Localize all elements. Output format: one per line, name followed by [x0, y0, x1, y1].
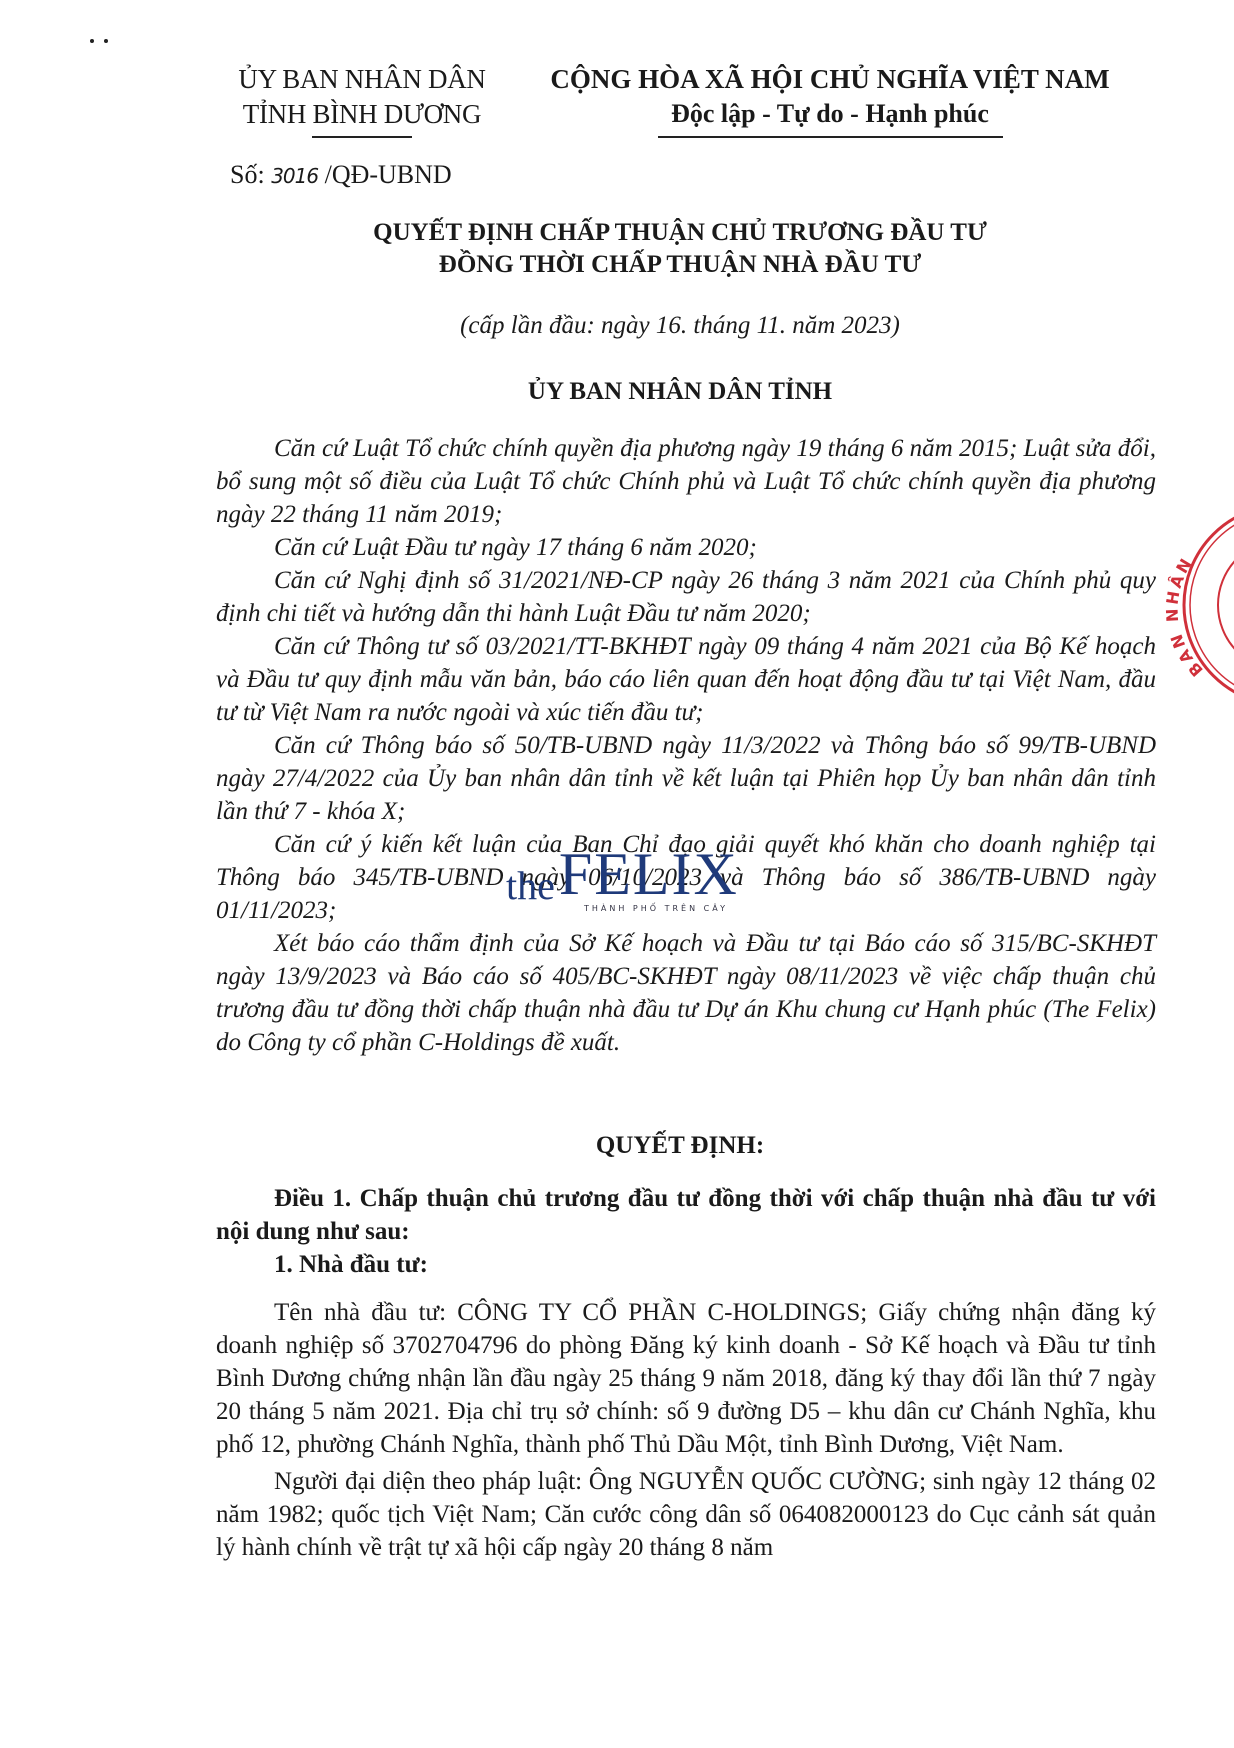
- authority-line1: ỦY BAN NHÂN DÂN: [212, 62, 512, 97]
- representative-paragraph: Người đại diện theo pháp luật: Ông NGUYỄ…: [216, 1465, 1156, 1564]
- article-1: Điều 1. Chấp thuận chủ trương đầu tư đồn…: [216, 1182, 1156, 1281]
- investor-details: Tên nhà đầu tư: CÔNG TY CỔ PHẦN C-HOLDIN…: [216, 1296, 1156, 1564]
- issue-date: (cấp lần đầu: ngày 16. tháng 11. năm 202…: [200, 312, 1160, 340]
- number-prefix: Số:: [230, 160, 265, 189]
- preamble: Căn cứ Luật Tổ chức chính quyền địa phươ…: [216, 432, 1156, 1059]
- authority-underline: [312, 136, 412, 138]
- number-handwritten: 3016: [271, 164, 318, 188]
- document-title-line2: ĐỒNG THỜI CHẤP THUẬN NHÀ ĐẦU TƯ: [200, 248, 1160, 281]
- watermark-word-the: the: [506, 863, 555, 908]
- investor-paragraph: Tên nhà đầu tư: CÔNG TY CỔ PHẦN C-HOLDIN…: [216, 1296, 1156, 1461]
- preamble-item: Căn cứ Nghị định số 31/2021/NĐ-CP ngày 2…: [216, 564, 1156, 630]
- country-name: CỘNG HÒA XÃ HỘI CHỦ NGHĨA VIỆT NAM: [530, 62, 1130, 97]
- authority-line2: TỈNH BÌNH DƯƠNG: [212, 97, 512, 132]
- scan-specks: [90, 30, 118, 48]
- preamble-item: Căn cứ Thông tư số 03/2021/TT-BKHĐT ngày…: [216, 630, 1156, 729]
- preamble-item: Căn cứ Luật Đầu tư ngày 17 tháng 6 năm 2…: [216, 531, 1156, 564]
- document-number: Số: 3016 /QĐ-UBND: [230, 160, 452, 190]
- motto: Độc lập - Tự do - Hạnh phúc: [530, 97, 1130, 131]
- issuer-heading: ỦY BAN NHÂN DÂN TỈNH: [200, 378, 1160, 406]
- document-title-line1: QUYẾT ĐỊNH CHẤP THUẬN CHỦ TRƯƠNG ĐẦU TƯ: [200, 216, 1160, 249]
- issuing-authority: ỦY BAN NHÂN DÂN TỈNH BÌNH DƯƠNG: [212, 62, 512, 138]
- felix-watermark: the FELIX THÀNH PHỐ TRÊN CÂY: [506, 840, 739, 909]
- watermark-word-felix: FELIX: [559, 841, 739, 907]
- decision-heading: QUYẾT ĐỊNH:: [200, 1132, 1160, 1160]
- preamble-item: Căn cứ Thông báo số 50/TB-UBND ngày 11/3…: [216, 729, 1156, 828]
- red-seal-stamp-icon: BAN NHÂN: [1164, 500, 1234, 710]
- national-motto: CỘNG HÒA XÃ HỘI CHỦ NGHĨA VIỆT NAM Độc l…: [530, 62, 1130, 138]
- article-1-heading: Điều 1. Chấp thuận chủ trương đầu tư đồn…: [216, 1182, 1156, 1248]
- preamble-item: Xét báo cáo thẩm định của Sở Kế hoạch và…: [216, 927, 1156, 1059]
- number-suffix: /QĐ-UBND: [325, 160, 452, 189]
- preamble-item: Căn cứ Luật Tổ chức chính quyền địa phươ…: [216, 432, 1156, 531]
- motto-underline: [658, 136, 1003, 138]
- watermark-tagline: THÀNH PHỐ TRÊN CÂY: [584, 904, 728, 913]
- section-1-heading: 1. Nhà đầu tư:: [216, 1248, 1156, 1281]
